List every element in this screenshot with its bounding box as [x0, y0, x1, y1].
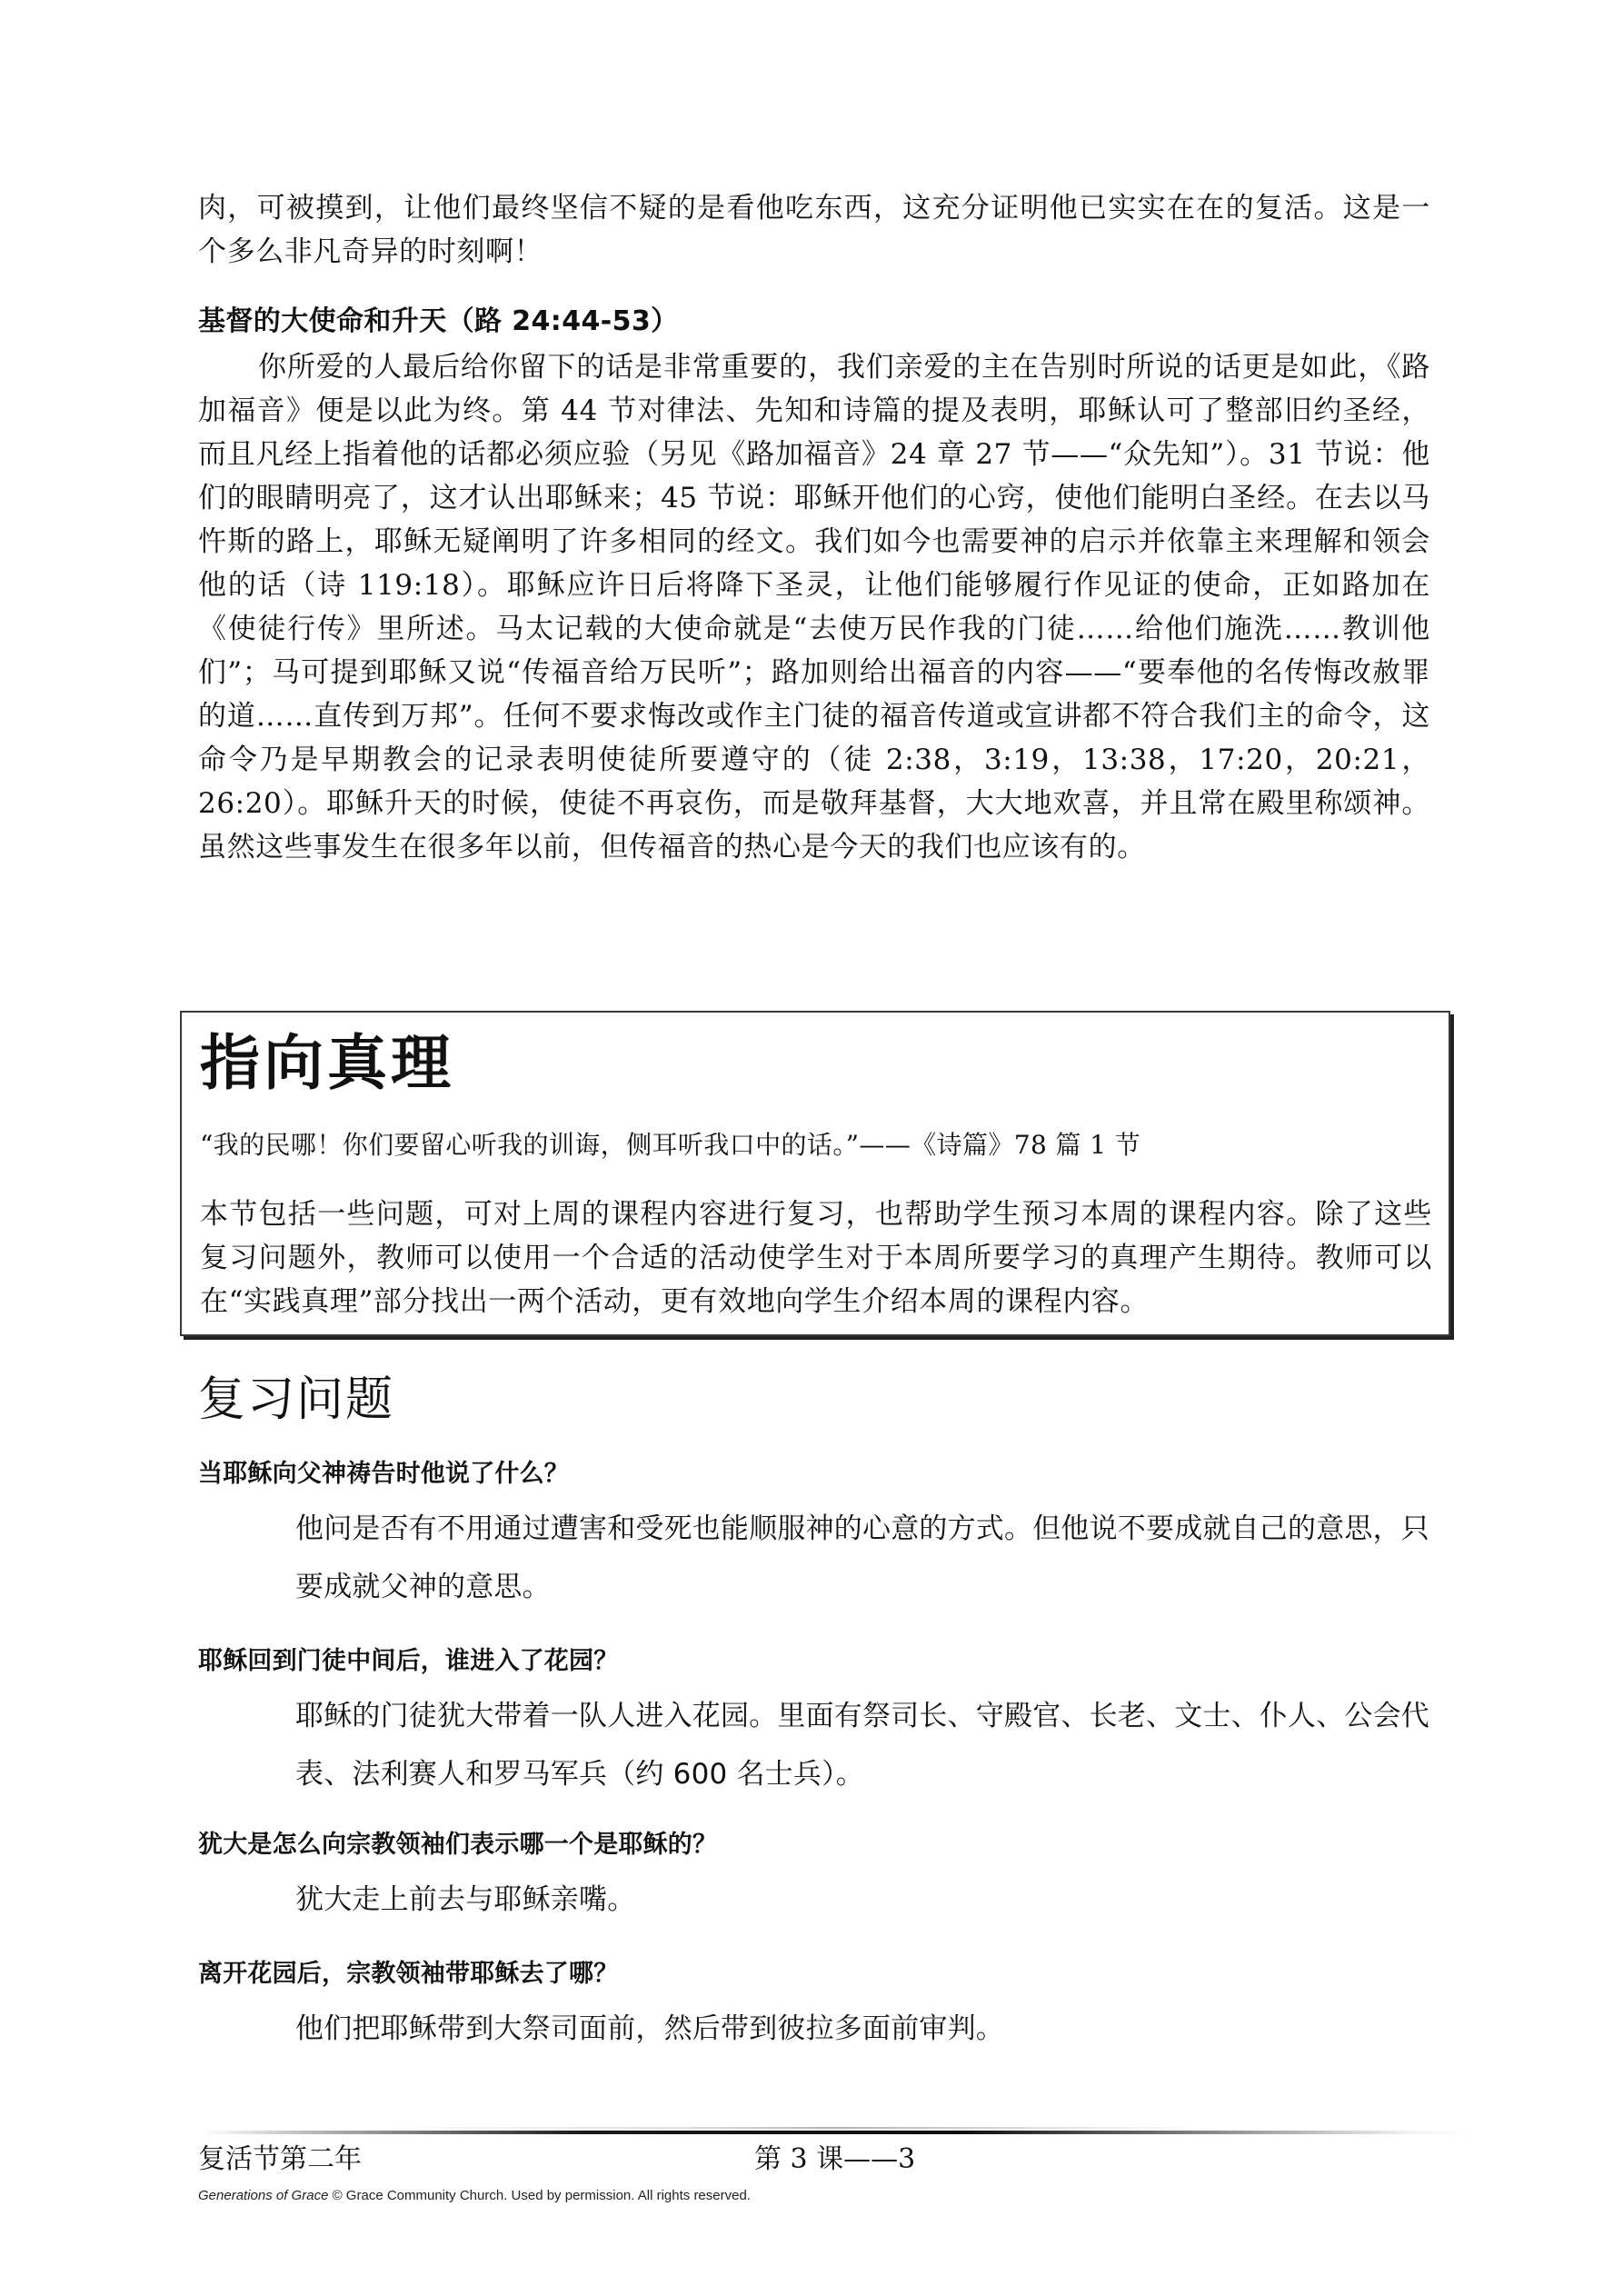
curriculum-title: Generations of Grace — [198, 2188, 328, 2203]
footer-page-number: 第 3 课——3 — [754, 2141, 915, 2178]
review-item: 离开花园后，宗教领袖带耶稣去了哪？ 他们把耶稣带到大祭司面前，然后带到彼拉多面前… — [198, 1954, 1452, 2058]
review-question: 离开花园后，宗教领袖带耶稣去了哪？ — [198, 1954, 1452, 1994]
review-question: 当耶稣向父神祷告时他说了什么？ — [198, 1454, 1452, 1494]
intro-continuation: 肉，可被摸到，让他们最终坚信不疑的是看他吃东西，这充分证明他已实实在在的复活。这… — [198, 186, 1430, 274]
copyright-notice: © Grace Community Church. Used by permis… — [328, 2188, 751, 2203]
review-question: 犹大是怎么向宗教领袖们表示哪一个是耶稣的？ — [198, 1825, 1452, 1865]
review-question: 耶稣回到门徒中间后，谁进入了花园？ — [198, 1642, 1452, 1682]
pointing-to-truth-description: 本节包括一些问题，可对上周的课程内容进行复习，也帮助学生预习本周的课程内容。除了… — [200, 1193, 1432, 1323]
footer-series-label: 复活节第二年 — [198, 2141, 362, 2178]
review-answer: 耶稣的门徒犹大带着一队人进入花园。里面有祭司长、守殿官、长老、文士、仆人、公会代… — [295, 1687, 1431, 1803]
review-answer: 犹大走上前去与耶稣亲嘴。 — [295, 1871, 1431, 1929]
pointing-to-truth-title: 指向真理 — [200, 1022, 454, 1103]
review-questions-heading: 复习问题 — [198, 1367, 394, 1433]
great-commission-section: 基督的大使命和升天（路 24:44-53） 你所爱的人最后给你留下的话是非常重要… — [198, 300, 1430, 869]
review-item: 犹大是怎么向宗教领袖们表示哪一个是耶稣的？ 犹大走上前去与耶稣亲嘴。 — [198, 1825, 1452, 1929]
review-item: 耶稣回到门徒中间后，谁进入了花园？ 耶稣的门徒犹大带着一队人进入花园。里面有祭司… — [198, 1642, 1452, 1803]
great-commission-heading: 基督的大使命和升天（路 24:44-53） — [198, 300, 1430, 344]
intro-paragraph: 肉，可被摸到，让他们最终坚信不疑的是看他吃东西，这充分证明他已实实在在的复活。这… — [198, 186, 1430, 274]
document-page: 肉，可被摸到，让他们最终坚信不疑的是看他吃东西，这充分证明他已实实在在的复活。这… — [0, 0, 1623, 2296]
scripture-quote: “我的民哪！你们要留心听我的训诲，侧耳听我口中的话。”——《诗篇》78 篇 1 … — [200, 1127, 1432, 1163]
footer-divider-highlight — [382, 2127, 1200, 2129]
review-item: 当耶稣向父神祷告时他说了什么？ 他问是否有不用通过遭害和受死也能顺服神的心意的方… — [198, 1454, 1452, 1616]
footer-copyright: Generations of Grace © Grace Community C… — [198, 2187, 751, 2205]
great-commission-paragraph: 你所爱的人最后给你留下的话是非常重要的，我们亲爱的主在告别时所说的话更是如此，《… — [198, 345, 1430, 869]
footer-divider — [200, 2131, 1472, 2134]
review-answer: 他问是否有不用通过遭害和受死也能顺服神的心意的方式。但他说不要成就自己的意思，只… — [295, 1500, 1431, 1616]
pointing-to-truth-box: 指向真理 “我的民哪！你们要留心听我的训诲，侧耳听我口中的话。”——《诗篇》78… — [180, 1011, 1450, 1336]
review-answer: 他们把耶稣带到大祭司面前，然后带到彼拉多面前审判。 — [295, 2000, 1431, 2058]
